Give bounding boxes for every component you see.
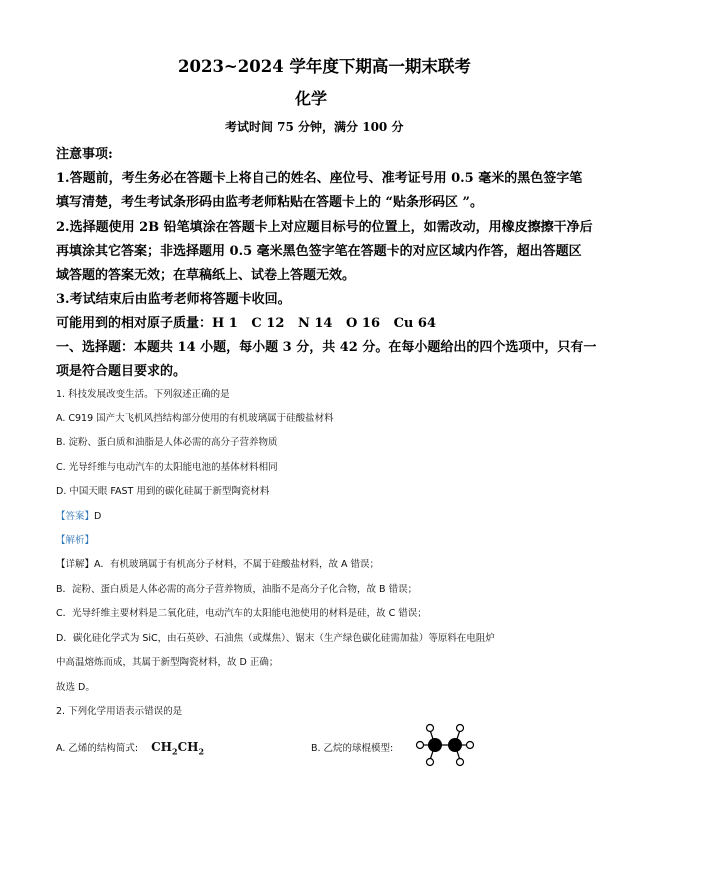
exam-title: 2023~2024 学年度下期高一期末联考	[178, 53, 471, 77]
option-b: B. 淀粉、蛋白质和油脂是人体必需的高分子营养物质	[56, 434, 278, 448]
atomic-mass-line: 可能用到的相对原子质量：H 1 C 12 N 14 O 16 Cu 64	[56, 312, 436, 331]
question-stem: 1. 科技发展改变生活。下列叙述正确的是	[56, 386, 230, 400]
notes-line: 2.选择题使用 2B 铅笔填涂在答题卡上对应题目标号的位置上，如需改动，用橡皮擦…	[56, 216, 593, 235]
option-d: D. 中国天眼 FAST 用到的碳化硅属于新型陶瓷材料	[56, 483, 269, 497]
option-c: C. 光导纤维与电动汽车的太阳能电池的基体材料相同	[56, 459, 278, 473]
option-b-label: B. 乙烷的球棍模型:	[311, 740, 393, 754]
detail-line: B．淀粉、蛋白质是人体必需的高分子营养物质，油脂不是高分子化合物，故 B 错误；	[56, 581, 417, 595]
ethylene-formula: CH2CH2	[151, 740, 204, 754]
option-a: A. C919 国产大飞机风挡结构部分使用的有机玻璃属于硅酸盐材料	[56, 410, 334, 424]
detail-line: 中高温熔炼而成，其属于新型陶瓷材料，故 D 正确；	[56, 654, 278, 668]
option-a: A. 乙烯的结构简式: CH2CH2	[56, 740, 204, 756]
ethane-ball-and-stick-icon	[415, 722, 475, 768]
notes-heading: 注意事项:	[56, 143, 113, 162]
detail-line: C．光导纤维主要材料是二氧化硅，电动汽车的太阳能电池使用的材料是硅，故 C 错误…	[56, 605, 427, 619]
exam-info: 考试时间 75 分钟，满分 100 分	[225, 118, 403, 135]
detail-line: 【详解】A．有机玻璃属于有机高分子材料，不属于硅酸盐材料，故 A 错误；	[56, 556, 379, 570]
detail-line: 故选 D。	[56, 679, 95, 693]
detail-line: D．碳化硅化学式为 SiC，由石英砂、石油焦（或煤焦）、锯末（生产绿色碳化硅需加…	[56, 630, 495, 644]
exam-page: 2023~2024 学年度下期高一期末联考 化学 考试时间 75 分钟，满分 1…	[0, 0, 701, 877]
notes-line: 1.答题前，考生务必在答题卡上将自己的姓名、座位号、准考证号用 0.5 毫米的黑…	[56, 167, 582, 186]
notes-line: 填写清楚，考生考试条形码由监考老师粘贴在答题卡上的 “贴条形码区 ”。	[56, 191, 483, 210]
question-stem: 2. 下列化学用语表示错误的是	[56, 703, 182, 717]
detail-text: A．有机玻璃属于有机高分子材料，不属于硅酸盐材料，故 A 错误；	[94, 559, 379, 570]
notes-line: 再填涂其它答案；非选择题用 0.5 毫米黑色签字笔在答题卡的对应区域内作答，超出…	[56, 240, 582, 259]
answer-line: 【答案】D	[56, 508, 101, 522]
detail-label: 【详解】	[56, 559, 94, 570]
analysis-label: 【解析】	[56, 532, 94, 546]
section-header: 项是符合题目要求的。	[56, 360, 186, 379]
subject-title: 化学	[295, 86, 327, 109]
answer-value: D	[94, 511, 101, 522]
option-a-label: A. 乙烯的结构简式:	[56, 743, 138, 754]
notes-line: 域答题的答案无效；在草稿纸上、试卷上答题无效。	[56, 264, 355, 283]
answer-label: 【答案】	[56, 511, 94, 522]
notes-line: 3.考试结束后由监考老师将答题卡收回。	[56, 288, 291, 307]
section-header: 一、选择题：本题共 14 小题，每小题 3 分，共 42 分。在每小题给出的四个…	[56, 336, 596, 355]
